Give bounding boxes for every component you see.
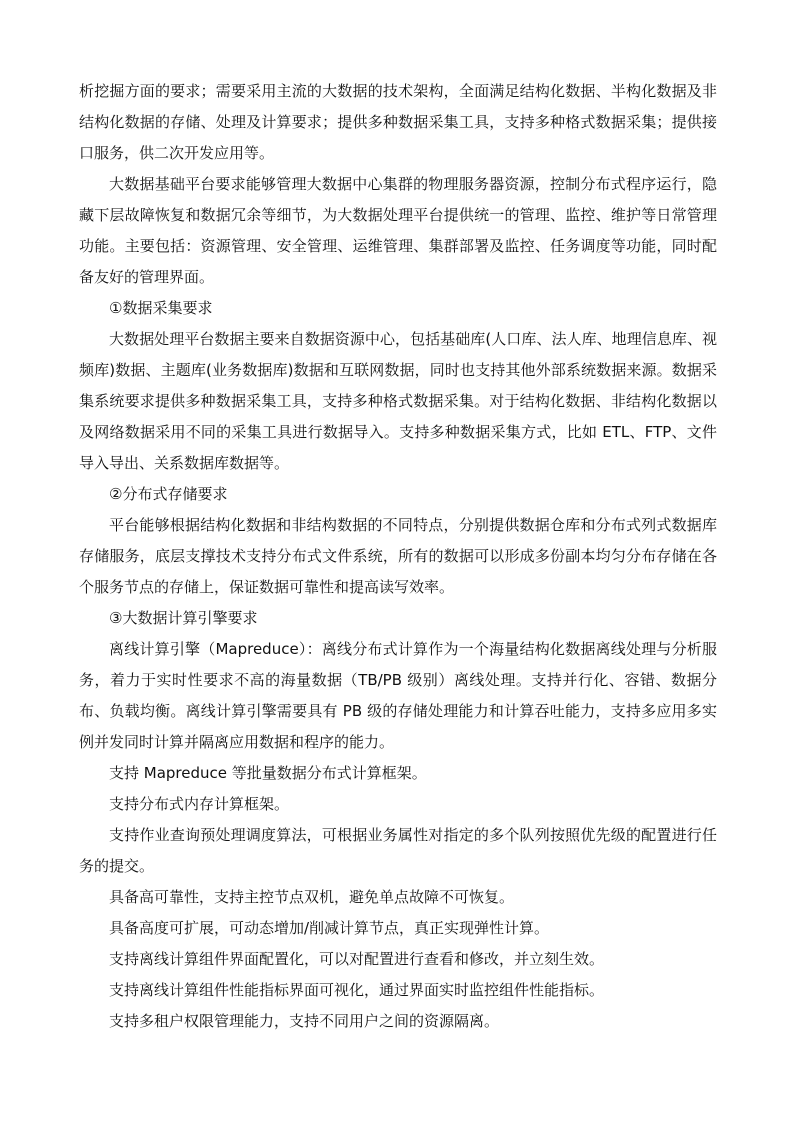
paragraph-distributed-storage: 平台能够根据结构化数据和非结构数据的不同特点，分别提供数据仓库和分布式列式数据库… bbox=[79, 510, 717, 603]
paragraph-mapreduce-support: 支持 Mapreduce 等批量数据分布式计算框架。 bbox=[79, 758, 717, 789]
paragraph-platform-overview: 大数据基础平台要求能够管理大数据中心集群的物理服务器资源，控制分布式程序运行，隐… bbox=[79, 169, 717, 293]
paragraph-continuation: 析挖掘方面的要求；需要采用主流的大数据的技术架构，全面满足结构化数据、半构化数据… bbox=[79, 76, 717, 169]
paragraph-metrics-visualization: 支持离线计算组件性能指标界面可视化，通过界面实时监控组件性能指标。 bbox=[79, 975, 717, 1006]
paragraph-scalability: 具备高度可扩展，可动态增加/削减计算节点，真正实现弹性计算。 bbox=[79, 913, 717, 944]
paragraph-multi-tenant: 支持多租户权限管理能力，支持不同用户之间的资源隔离。 bbox=[79, 1006, 717, 1037]
paragraph-high-availability: 具备高可靠性，支持主控节点双机，避免单点故障不可恢复。 bbox=[79, 882, 717, 913]
document-page: 析挖掘方面的要求；需要采用主流的大数据的技术架构，全面满足结构化数据、半构化数据… bbox=[79, 76, 717, 1037]
section-heading-distributed-storage: ②分布式存储要求 bbox=[79, 479, 717, 510]
paragraph-offline-compute-engine: 离线计算引擎（Mapreduce）：离线分布式计算作为一个海量结构化数据离线处理… bbox=[79, 634, 717, 758]
paragraph-config-ui: 支持离线计算组件界面配置化，可以对配置进行查看和修改，并立刻生效。 bbox=[79, 944, 717, 975]
section-heading-compute-engine: ③大数据计算引擎要求 bbox=[79, 603, 717, 634]
section-heading-data-collection: ①数据采集要求 bbox=[79, 293, 717, 324]
paragraph-in-memory-compute: 支持分布式内存计算框架。 bbox=[79, 789, 717, 820]
paragraph-job-scheduling: 支持作业查询预处理调度算法，可根据业务属性对指定的多个队列按照优先级的配置进行任… bbox=[79, 820, 717, 882]
paragraph-data-collection: 大数据处理平台数据主要来自数据资源中心，包括基础库(人口库、法人库、地理信息库、… bbox=[79, 324, 717, 479]
